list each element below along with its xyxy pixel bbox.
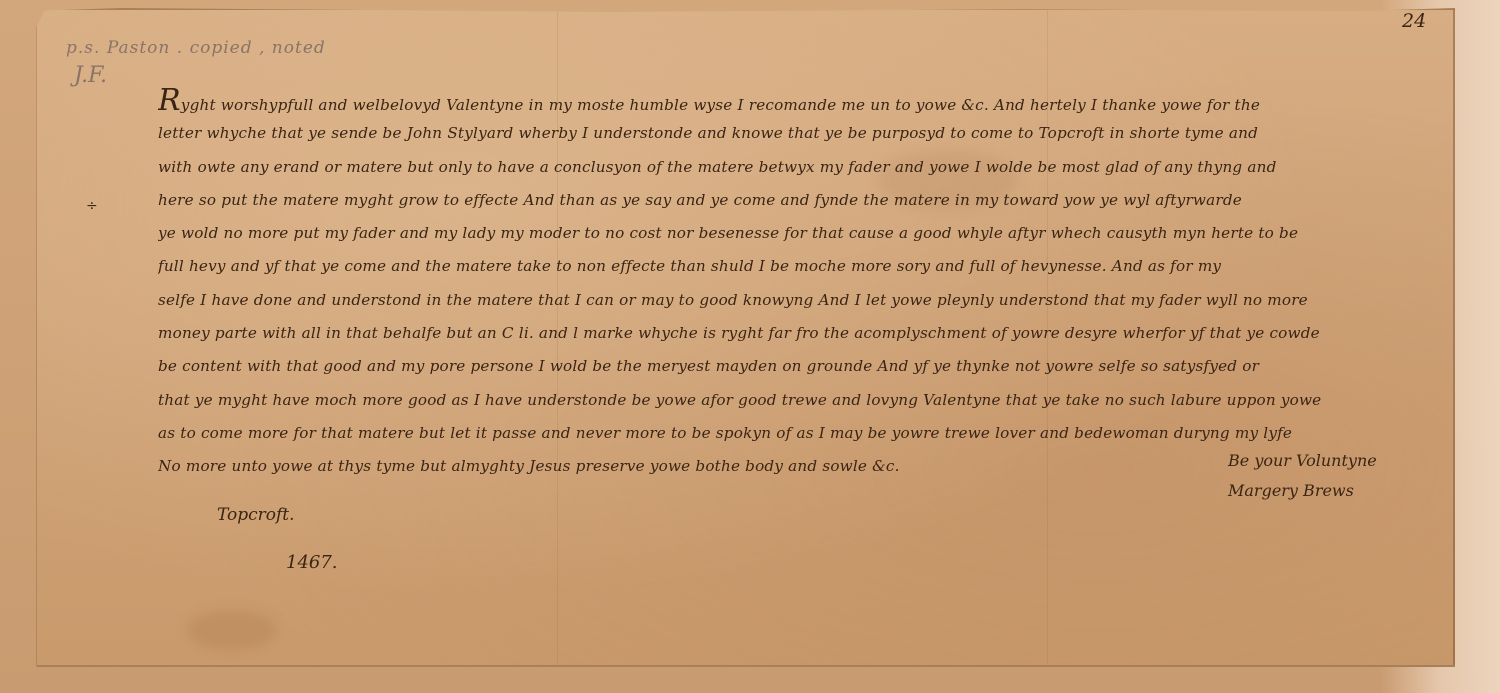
endorsement-date: 1467. [286, 552, 338, 573]
signature: Be your Voluntyne Margery Brews [1228, 446, 1377, 506]
letter-line: money parte with all in that behalfe but… [158, 317, 1428, 350]
signature-line: Margery Brews [1228, 476, 1377, 506]
letter-line: with owte any erand or matere but only t… [158, 151, 1428, 184]
letter-line: full hevy and yf that ye come and the ma… [158, 250, 1428, 283]
letter-line: ye wold no more put my fader and my lady… [158, 217, 1428, 250]
signature-line: Be your Voluntyne [1228, 446, 1377, 476]
pencil-annotation: p.s. Paston . copied , noted [66, 38, 326, 58]
water-stain [187, 610, 277, 650]
letter-line: letter whyche that ye sende be John Styl… [158, 117, 1428, 150]
letter-line: be content with that good and my pore pe… [158, 350, 1428, 383]
endorsement-place: Topcroft. [217, 505, 295, 525]
margin-mark: ÷ [86, 198, 98, 214]
letter-line: here so put the matere myght grow to eff… [158, 184, 1428, 217]
letter-line: Ryght worshypfull and welbelovyd Valenty… [158, 84, 1428, 117]
letter-body: Ryght worshypfull and welbelovyd Valenty… [158, 84, 1428, 484]
pencil-initials: J.F. [74, 63, 107, 88]
letter-line: that ye myght have moch more good as I h… [158, 384, 1428, 417]
folio-number: 24 [1402, 10, 1426, 32]
letter-line: selfe I have done and understond in the … [158, 284, 1428, 317]
letter-line: No more unto yowe at thys tyme but almyg… [158, 450, 1018, 483]
